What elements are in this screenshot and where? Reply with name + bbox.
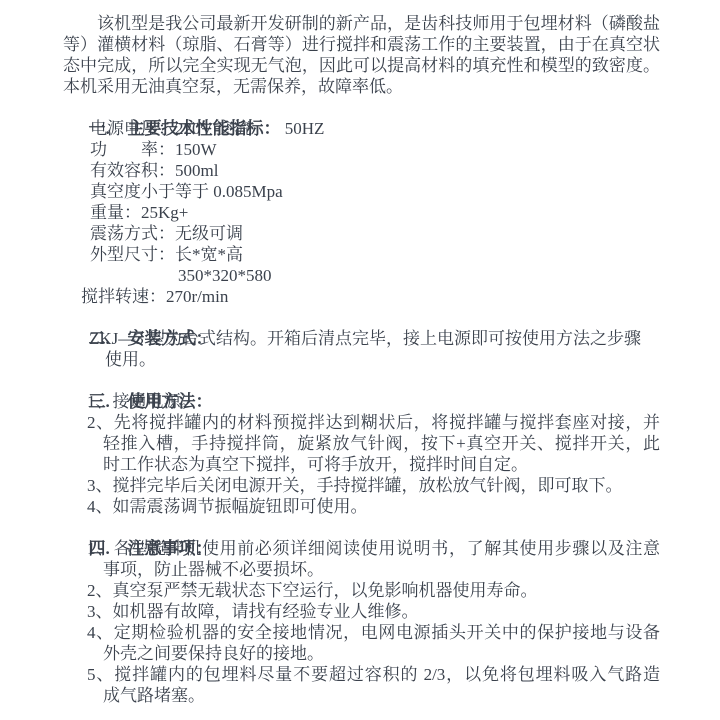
spec-capacity: 有效容积：500ml	[63, 160, 660, 181]
spec-mixing-speed: 搅拌转速：270r/min	[63, 286, 660, 307]
intro-line: 该机型是我公司最新开发研制的新产品，是齿科技师用于包埋材料（磷酸盐	[63, 13, 660, 34]
caution-item-5-continued: 成气路堵塞。	[63, 685, 660, 706]
manual-page: 该机型是我公司最新开发研制的新产品，是齿科技师用于包埋材料（磷酸盐 等）灌横材料…	[0, 0, 720, 720]
intro-line: 等）灌横材料（琼脂、石膏等）进行搅拌和震荡工作的主要装置，由于在真空状	[63, 34, 660, 55]
section-heading-usage: 三.使用方法：	[63, 370, 660, 391]
usage-step-1: 1、接通电源。	[63, 391, 660, 412]
installation-line: ZKJ—3 型为台式结构。开箱后清点完毕，接上电源即可按使用方法之步骤	[63, 328, 660, 349]
spec-vacuum: 真空度小于等于 0.085Mpa	[63, 181, 660, 202]
document-content: 该机型是我公司最新开发研制的新产品，是齿科技师用于包埋材料（磷酸盐 等）灌横材料…	[63, 13, 660, 706]
spec-dimensions-value: 350*320*580	[63, 265, 660, 286]
section-heading-specs: 一.主要技术性能指标：	[63, 97, 660, 118]
spec-voltage: 电源电压：220V 交流 50HZ	[63, 118, 660, 139]
spec-oscillation: 震荡方式：无级可调	[63, 223, 660, 244]
section-heading-installation: 二.安装方式：	[63, 307, 660, 328]
section-heading-cautions: 四.注意事项：	[63, 517, 660, 538]
spec-weight: 重量：25Kg+	[63, 202, 660, 223]
caution-item-1: 1、各型搅拌机使用前必须详细阅读使用说明书，了解其使用步骤以及注意	[63, 538, 660, 559]
caution-item-5: 5、搅拌罐内的包埋料尽量不要超过容积的 2/3，以免将包埋料吸入气路造	[63, 664, 660, 685]
usage-step-3: 3、搅拌完毕后关闭电源开关，手持搅拌罐，放松放气针阀，即可取下。	[63, 475, 660, 496]
installation-line: 使用。	[63, 349, 660, 370]
caution-item-2: 2、真空泵严禁无载状态下空运行，以免影响机器使用寿命。	[63, 580, 660, 601]
caution-item-3: 3、如机器有故障，请找有经验专业人维修。	[63, 601, 660, 622]
caution-item-4-continued: 外壳之间要保持良好的接地。	[63, 643, 660, 664]
spec-power: 功 率：150W	[63, 139, 660, 160]
usage-step-4: 4、如需震荡调节振幅旋钮即可使用。	[63, 496, 660, 517]
usage-step-2-continued: 轻推入槽，手持搅拌筒，旋紧放气针阀，按下+真空开关、搅拌开关，此	[63, 433, 660, 454]
intro-line: 态中完成，所以完全实现无气泡，因此可以提高材料的填充性和模型的致密度。	[63, 55, 660, 76]
usage-step-2-continued: 时工作状态为真空下搅拌，可将手放开，搅拌时间自定。	[63, 454, 660, 475]
caution-item-4: 4、定期检验机器的安全接地情况，电网电源插头开关中的保护接地与设备	[63, 622, 660, 643]
spec-dimensions-label: 外型尺寸：长*宽*高	[63, 244, 660, 265]
usage-step-2: 2、先将搅拌罐内的材料预搅拌达到糊状后，将搅拌罐与搅拌套座对接，并	[63, 412, 660, 433]
intro-line: 本机采用无油真空泵，无需保养，故障率低。	[63, 76, 660, 97]
caution-item-1-continued: 事项，防止器械不必要损坏。	[63, 559, 660, 580]
